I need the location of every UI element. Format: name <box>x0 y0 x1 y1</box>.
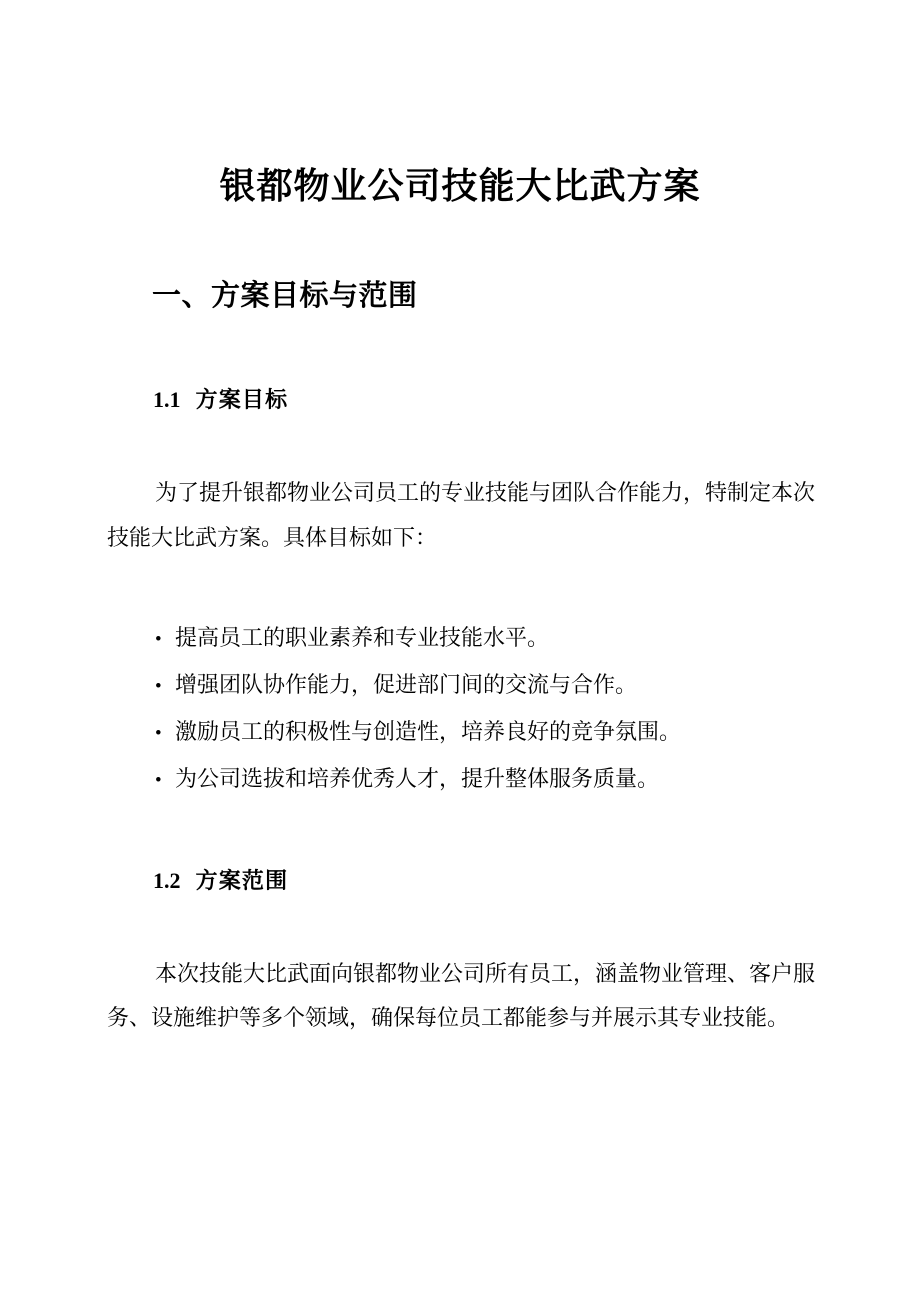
subsection-title-1-2: 方案范围 <box>196 868 289 893</box>
document-page: 银都物业公司技能大比武方案 一、方案目标与范围 1.1方案目标 为了提升银都物业… <box>0 0 920 1301</box>
list-item-text: 激励员工的积极性与创造性，培养良好的竞争氛围。 <box>175 719 681 744</box>
bullet-icon: • <box>155 710 175 757</box>
paragraph-goals: 为了提升银都物业公司员工的专业技能与团队合作能力，特制定本次 技能大比武方案。具… <box>107 470 819 560</box>
bullet-icon: • <box>155 663 175 710</box>
paragraph-scope-line-2: 务、设施维护等多个领域，确保每位员工都能参与并展示其专业技能。 <box>107 996 819 1040</box>
bullet-icon: • <box>155 616 175 663</box>
section-heading-1: 一、方案目标与范围 <box>152 281 418 313</box>
paragraph-scope-line-1: 本次技能大比武面向银都物业公司所有员工，涵盖物业管理、客户服 <box>107 952 819 996</box>
paragraph-scope: 本次技能大比武面向银都物业公司所有员工，涵盖物业管理、客户服 务、设施维护等多个… <box>107 952 819 1040</box>
subsection-heading-1-1: 1.1方案目标 <box>153 388 288 412</box>
goals-bullet-list: •提高员工的职业素养和专业技能水平。 •增强团队协作能力，促进部门间的交流与合作… <box>155 614 815 802</box>
document-title: 银都物业公司技能大比武方案 <box>0 165 920 206</box>
list-item-text: 增强团队协作能力，促进部门间的交流与合作。 <box>175 672 637 697</box>
list-item: •提高员工的职业素养和专业技能水平。 <box>155 614 815 661</box>
subsection-number-1-1: 1.1 <box>153 387 181 412</box>
subsection-heading-1-2: 1.2方案范围 <box>153 869 288 893</box>
subsection-title-1-1: 方案目标 <box>196 387 289 412</box>
paragraph-goals-line-2: 技能大比武方案。具体目标如下： <box>107 515 819 560</box>
list-item-text: 为公司选拔和培养优秀人才，提升整体服务质量。 <box>175 766 659 791</box>
list-item: •激励员工的积极性与创造性，培养良好的竞争氛围。 <box>155 708 815 755</box>
list-item: •增强团队协作能力，促进部门间的交流与合作。 <box>155 661 815 708</box>
list-item-text: 提高员工的职业素养和专业技能水平。 <box>175 625 549 650</box>
subsection-number-1-2: 1.2 <box>153 868 181 893</box>
bullet-icon: • <box>155 757 175 804</box>
paragraph-goals-line-1: 为了提升银都物业公司员工的专业技能与团队合作能力，特制定本次 <box>107 470 819 515</box>
list-item: •为公司选拔和培养优秀人才，提升整体服务质量。 <box>155 755 815 802</box>
